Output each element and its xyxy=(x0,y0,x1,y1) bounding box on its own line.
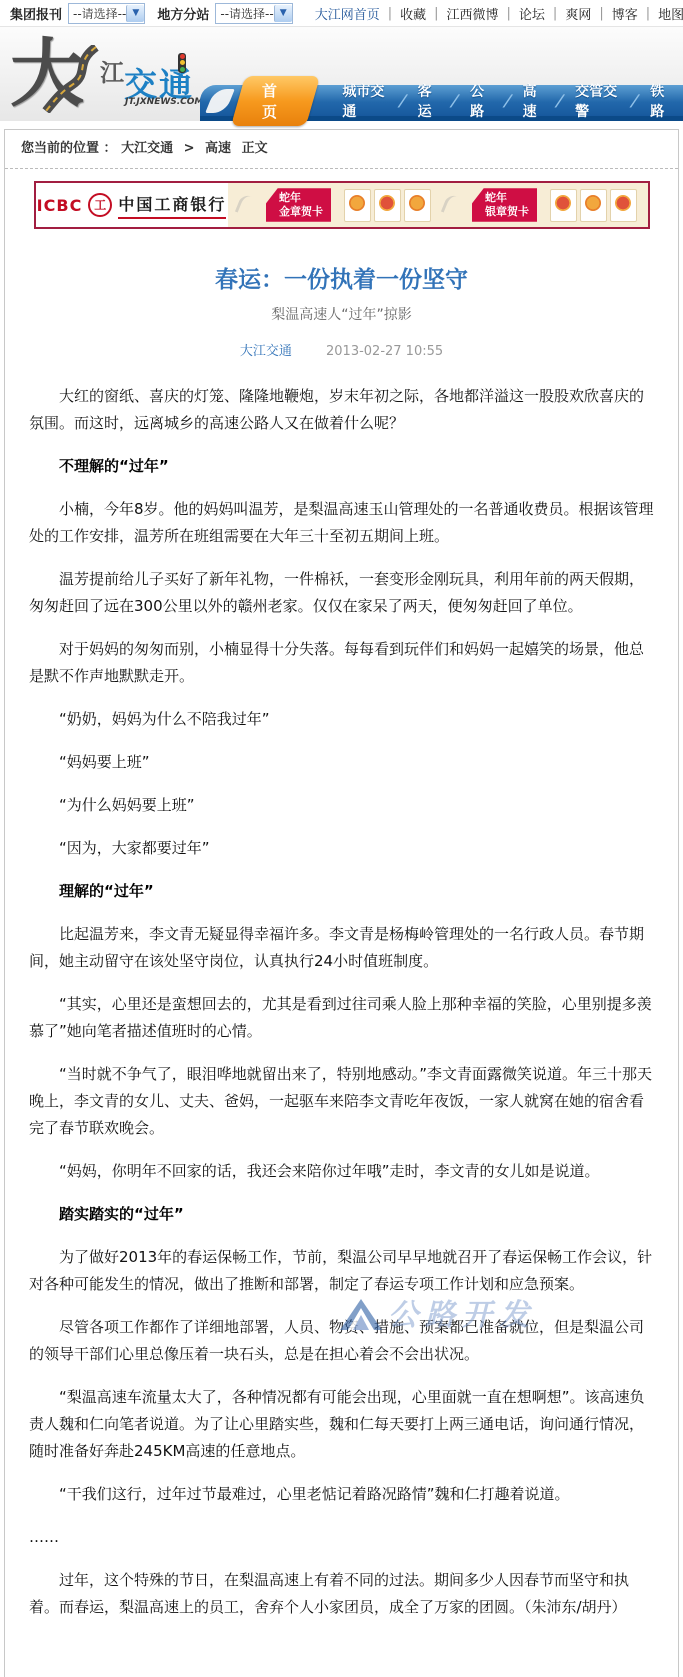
separator: | xyxy=(426,6,446,21)
icbc-logo-icon: 工 xyxy=(88,193,112,217)
article-paragraph: “梨温高速车流量太大了，各种情况都有可能会出现，心里面就一直在想啊想”。该高速负… xyxy=(29,1384,654,1465)
breadcrumb-section-link[interactable]: 高速 xyxy=(205,141,231,156)
separator: | xyxy=(545,6,565,21)
page: 集团报刊 --请选择-- ▼ 地方分站 --请选择-- ▼ 大江网首页|收藏|江… xyxy=(0,0,683,1677)
logo-character-small: 江 xyxy=(100,53,124,88)
nav-item[interactable]: 公路 xyxy=(460,81,503,121)
breadcrumb: 您当前的位置 ： 大江交通 > 高速 正文 xyxy=(5,130,678,169)
nav-item[interactable]: 交管交警 xyxy=(565,81,630,121)
article-paragraph: “奶奶，妈妈为什么不陪我过年” xyxy=(29,706,654,733)
icbc-brand-area: ICBC 工 中国工商银行 xyxy=(36,183,228,227)
section-heading: 不理解的“过年” xyxy=(29,453,654,480)
article-paragraph: “其实，心里还是蛮想回去的，尤其是看到过往司乘人脸上那种幸福的笑脸，心里别提多羡… xyxy=(29,991,654,1045)
article-paragraph: “妈妈，你明年不回家的话，我还会来陪你过年哦”走时，李文青的女儿如是说道。 xyxy=(29,1158,654,1185)
article-datetime: 2013-02-27 10:55 xyxy=(326,344,443,359)
topbar-link[interactable]: 地图 xyxy=(658,4,683,23)
breadcrumb-site-link[interactable]: 大江交通 xyxy=(121,141,173,156)
regional-sites-label: 地方分站 xyxy=(157,4,209,23)
dropdown-arrow-icon[interactable]: ▼ xyxy=(126,5,144,22)
gold-card-badge: 蛇年 金章贺卡 xyxy=(266,188,331,222)
nav-item[interactable]: 高速 xyxy=(513,81,556,121)
badge-line: 银章贺卡 xyxy=(485,205,529,219)
separator: | xyxy=(499,6,519,21)
article-paragraph: “干我们这行，过年过节最难过，心里老惦记着路况路情”魏和仁打趣着说道。 xyxy=(29,1481,654,1508)
traffic-light-icon xyxy=(178,53,186,73)
greeting-card-thumbnails xyxy=(344,189,431,222)
article-paragraph: “因为，大家都要过年” xyxy=(29,835,654,862)
nav-home-label: 首页 xyxy=(262,80,289,122)
topbar-link[interactable]: 收藏 xyxy=(400,4,426,23)
topbar-link[interactable]: 博客 xyxy=(612,4,638,23)
topbar-links: 大江网首页|收藏|江西微博|论坛|爽网|博客|地图|新闻 xyxy=(315,4,683,23)
icbc-acronym: ICBC xyxy=(37,196,83,215)
article-paragraph: “妈妈要上班” xyxy=(29,749,654,776)
nav-home-button[interactable]: 首页 xyxy=(230,76,319,126)
site-logo[interactable]: 大 江 交通 JT.JXNEWS.COM.CN xyxy=(8,23,208,117)
nav-item[interactable]: 客运 xyxy=(408,81,451,121)
badge-line: 蛇年 xyxy=(279,191,323,205)
separator: | xyxy=(638,6,658,21)
breadcrumb-label: 您当前的位置 ： xyxy=(21,141,117,156)
regional-sites-select[interactable]: --请选择-- ▼ xyxy=(215,3,292,24)
article-title: 春运：一份执着一份坚守 xyxy=(29,261,654,294)
ad-graphics-area: 蛇年 金章贺卡 蛇年 银章贺卡 xyxy=(228,183,648,227)
nav-item[interactable]: 铁路 xyxy=(640,81,683,121)
article-paragraph: 过年，这个特殊的节日，在梨温高速上有着不同的过法。期间多少人因春节而坚守和执着。… xyxy=(29,1567,654,1621)
topbar-link[interactable]: 大江网首页 xyxy=(315,4,380,23)
article-subtitle: 梨温高速人“过年”掠影 xyxy=(29,304,654,324)
article-paragraph: “为什么妈妈要上班” xyxy=(29,792,654,819)
separator: | xyxy=(591,6,611,21)
bank-name: 中国工商银行 xyxy=(118,192,226,219)
article-paragraph: 比起温芳来，李文青无疑显得幸福许多。李文青是杨梅岭管理处的一名行政人员。春节期间… xyxy=(29,921,654,975)
separator: | xyxy=(380,6,400,21)
nav-swoosh-decoration xyxy=(205,89,234,113)
icbc-ad-banner[interactable]: ICBC 工 中国工商银行 蛇年 金章贺卡 蛇年 银章贺卡 xyxy=(34,181,650,229)
snake-decoration-icon xyxy=(235,193,256,217)
dropdown-arrow-icon[interactable]: ▼ xyxy=(274,5,292,22)
article: 春运：一份执着一份坚守 梨温高速人“过年”掠影 大江交通 2013-02-27 … xyxy=(5,229,678,1677)
badge-line: 金章贺卡 xyxy=(279,205,323,219)
article-paragraph: 对于妈妈的匆匆而别，小楠显得十分失落。每每看到玩伴们和妈妈一起嬉笑的场景，他总是… xyxy=(29,636,654,690)
greeting-card-thumbnails xyxy=(550,189,637,222)
article-paragraph: “当时就不争气了，眼泪哗地就留出来了，特别地感动。”李文青面露微笑说道。年三十那… xyxy=(29,1061,654,1142)
select-value: --请选择-- xyxy=(216,5,273,22)
breadcrumb-current: 正文 xyxy=(236,141,274,156)
site-header: 大 江 交通 JT.JXNEWS.COM.CN 首页 城市交通/客运/公路/高速… xyxy=(0,27,683,121)
road-icon xyxy=(34,45,104,113)
main-navigation: 首页 城市交通/客运/公路/高速/交管交警/铁路 xyxy=(200,85,683,121)
article-source-link[interactable]: 大江交通 xyxy=(240,344,292,359)
article-paragraph: 尽管各项工作都作了详细地部署，人员、物资、措施、预案都已准备就位，但是梨温公司的… xyxy=(29,1314,654,1368)
topbar-link[interactable]: 论坛 xyxy=(519,4,545,23)
topbar-link[interactable]: 爽网 xyxy=(565,4,591,23)
topbar-link[interactable]: 江西微博 xyxy=(447,4,499,23)
content-frame: 您当前的位置 ： 大江交通 > 高速 正文 ICBC 工 中国工商银行 蛇年 金… xyxy=(4,129,679,1677)
article-body: 大红的窗纸、喜庆的灯笼、隆隆地鞭炮，岁末年初之际，各地都洋溢这一股股欢欣喜庆的氛… xyxy=(29,383,654,1621)
badge-line: 蛇年 xyxy=(485,191,529,205)
article-paragraph: 小楠，今年8岁。他的妈妈叫温芳，是梨温高速玉山管理处的一名普通收费员。根据该管理… xyxy=(29,496,654,550)
nav-item[interactable]: 城市交通 xyxy=(332,81,397,121)
section-heading: 理解的“过年” xyxy=(29,878,654,905)
article-paragraph: 大红的窗纸、喜庆的灯笼、隆隆地鞭炮，岁末年初之际，各地都洋溢这一股股欢欣喜庆的氛… xyxy=(29,383,654,437)
snake-decoration-icon xyxy=(441,193,462,217)
silver-card-badge: 蛇年 银章贺卡 xyxy=(472,188,537,222)
article-meta: 大江交通 2013-02-27 10:55 xyxy=(29,340,654,359)
article-paragraph: 温芳提前给儿子买好了新年礼物，一件棉袄，一套变形金刚玩具，利用年前的两天假期，匆… xyxy=(29,566,654,620)
nav-items: 城市交通/客运/公路/高速/交管交警/铁路 xyxy=(332,81,683,121)
breadcrumb-separator: > xyxy=(178,141,201,156)
article-paragraph: 为了做好2013年的春运保畅工作，节前，梨温公司早早地就召开了春运保畅工作会议，… xyxy=(29,1244,654,1298)
section-heading: 踏实踏实的“过年” xyxy=(29,1201,654,1228)
article-paragraph: …… xyxy=(29,1524,654,1551)
